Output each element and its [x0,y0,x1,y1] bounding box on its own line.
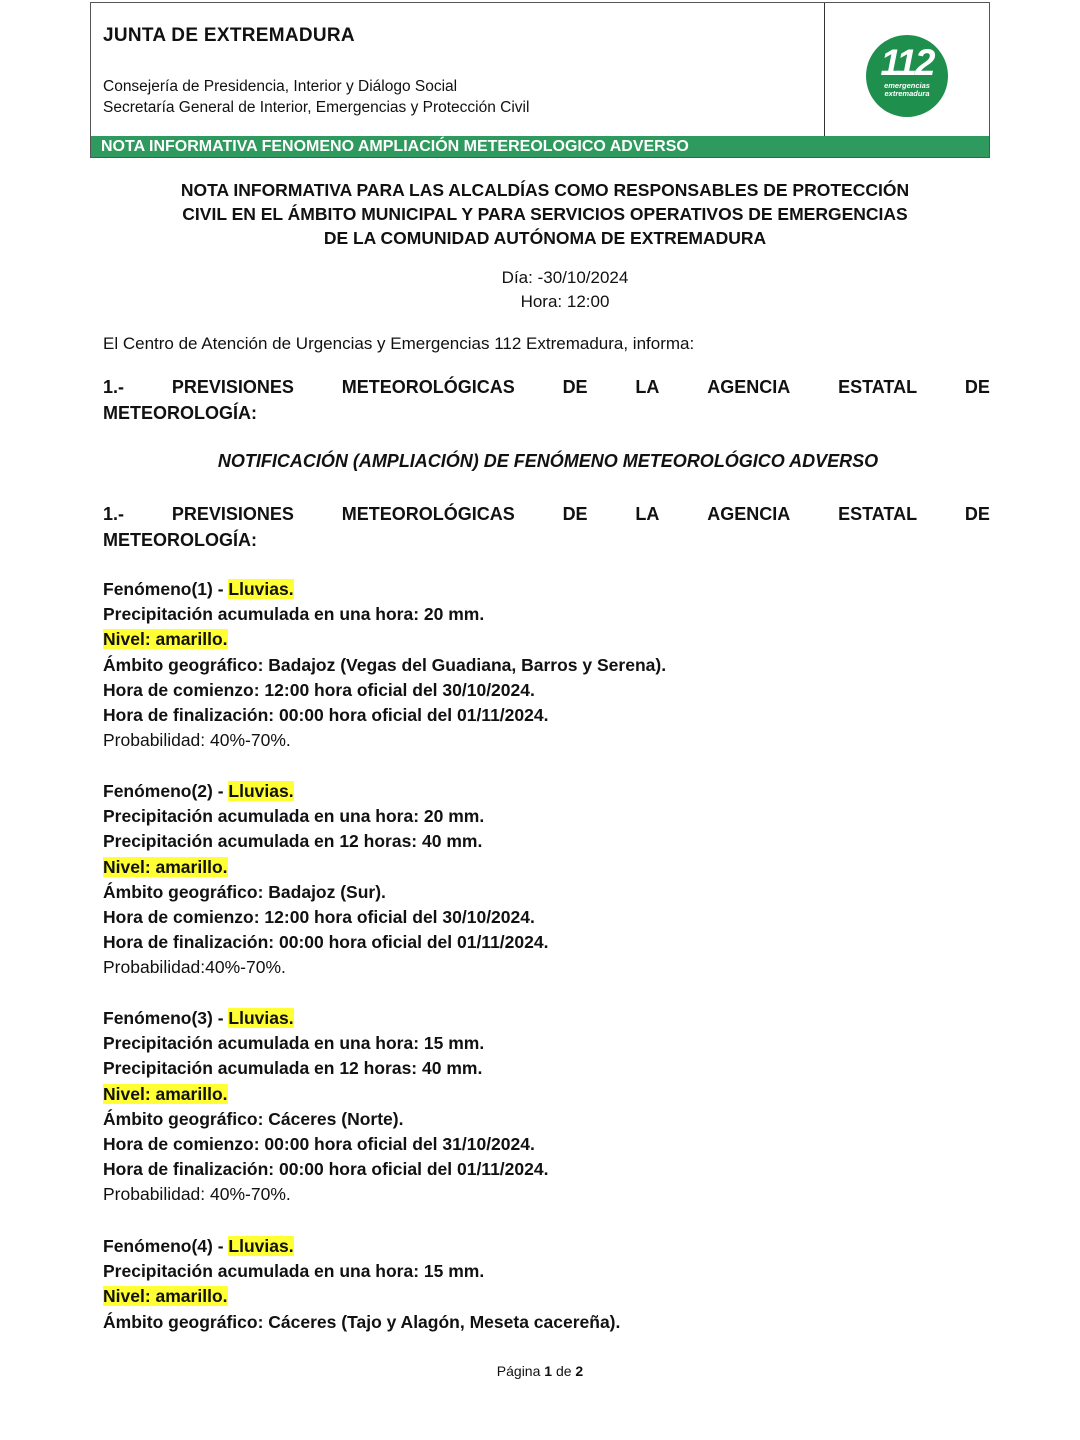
section-heading-2: 1.-PREVISIONESMETEOROLÓGICASDELAAGENCIAE… [103,501,990,553]
heading-word: ESTATAL [838,501,917,527]
detail-line: Hora de comienzo: 12:00 hora oficial del… [103,678,666,703]
detail-line: Hora de comienzo: 12:00 hora oficial del… [103,905,548,930]
precipitation-line: Precipitación acumulada en una hora: 15 … [103,1031,548,1056]
detail-line: Ámbito geográfico: Cáceres (Tajo y Alagó… [103,1310,620,1335]
phenomenon-type: Lluvias. [228,579,293,599]
detail-line: Ámbito geográfico: Cáceres (Norte). [103,1107,548,1132]
phenomenon-title: Fenómeno(2) - Lluvias. [103,779,548,804]
heading-word: LA [635,374,659,400]
organization-name: JUNTA DE EXTREMADURA [103,25,355,47]
phenomenon-label: Fenómeno(1) - [103,579,228,599]
section-heading-line-2: METEOROLOGÍA: [103,527,990,553]
alert-level: Nivel: amarillo. [103,855,548,880]
section-heading-line-1: 1.-PREVISIONESMETEOROLÓGICASDELAAGENCIAE… [103,501,990,527]
alert-level: Nivel: amarillo. [103,627,666,652]
precipitation-line: Precipitación acumulada en 12 horas: 40 … [103,829,548,854]
header-text-block: JUNTA DE EXTREMADURA Consejería de Presi… [91,3,825,136]
date-hour: Hora: 12:00 [50,290,1080,314]
heading-word: 1.- [103,374,124,400]
section-heading-line-2: METEOROLOGÍA: [103,400,990,426]
title-line-3: DE LA COMUNIDAD AUTÓNOMA DE EXTREMADURA [100,226,990,250]
probability-line: Probabilidad: 40%-70%. [103,728,666,753]
phenomenon-title: Fenómeno(1) - Lluvias. [103,577,666,602]
alert-level: Nivel: amarillo. [103,1284,620,1309]
heading-word: LA [635,501,659,527]
phenomenon-block: Fenómeno(3) - Lluvias.Precipitación acum… [103,1006,548,1208]
alert-level-value: Nivel: amarillo. [103,629,228,649]
detail-line: Hora de finalización: 00:00 hora oficial… [103,1157,548,1182]
logo-line-2: extremadura [866,90,948,98]
detail-line: Hora de finalización: 00:00 hora oficial… [103,930,548,955]
phenomenon-block: Fenómeno(4) - Lluvias.Precipitación acum… [103,1234,620,1335]
detail-line: Hora de finalización: 00:00 hora oficial… [103,703,666,728]
department-names: Consejería de Presidencia, Interior y Di… [103,76,529,118]
phenomenon-block: Fenómeno(1) - Lluvias.Precipitación acum… [103,577,666,753]
heading-word: METEOROLÓGICAS [342,374,515,400]
heading-word: METEOROLÓGICAS [342,501,515,527]
date-block: Día: -30/10/2024 Hora: 12:00 [0,266,1080,314]
detail-line: Hora de comienzo: 00:00 hora oficial del… [103,1132,548,1157]
date-day: Día: -30/10/2024 [50,266,1080,290]
heading-word: AGENCIA [707,374,790,400]
phenomenon-type: Lluvias. [228,1008,293,1028]
footer-middle: de [552,1363,575,1379]
phenomenon-label: Fenómeno(3) - [103,1008,228,1028]
document-header: JUNTA DE EXTREMADURA Consejería de Presi… [90,2,990,158]
alert-level-value: Nivel: amarillo. [103,1286,228,1306]
title-line-2: CIVIL EN EL ÁMBITO MUNICIPAL Y PARA SERV… [100,202,990,226]
footer-prefix: Página [497,1363,544,1379]
section-heading-line-1: 1.-PREVISIONESMETEOROLÓGICASDELAAGENCIAE… [103,374,990,400]
phenomenon-type: Lluvias. [228,781,293,801]
detail-line: Ámbito geográfico: Badajoz (Sur). [103,880,548,905]
probability-line: Probabilidad:40%-70%. [103,955,548,980]
alert-level-value: Nivel: amarillo. [103,1084,228,1104]
notification-heading: NOTIFICACIÓN (AMPLIACIÓN) DE FENÓMENO ME… [0,451,1080,472]
section-heading-1: 1.-PREVISIONESMETEOROLÓGICASDELAAGENCIAE… [103,374,990,426]
logo-number: 112 [866,44,948,82]
precipitation-line: Precipitación acumulada en una hora: 20 … [103,804,548,829]
heading-word: DE [563,501,588,527]
header-banner: NOTA INFORMATIVA FENOMENO AMPLIACIÓN MET… [91,136,989,157]
probability-line: Probabilidad: 40%-70%. [103,1182,548,1207]
phenomenon-label: Fenómeno(2) - [103,781,228,801]
detail-line: Ámbito geográfico: Badajoz (Vegas del Gu… [103,653,666,678]
heading-word: PREVISIONES [172,501,294,527]
precipitation-line: Precipitación acumulada en una hora: 20 … [103,602,666,627]
phenomenon-block: Fenómeno(2) - Lluvias.Precipitación acum… [103,779,548,981]
department-line-2: Secretaría General de Interior, Emergenc… [103,97,529,118]
title-line-1: NOTA INFORMATIVA PARA LAS ALCALDÍAS COMO… [100,178,990,202]
heading-word: DE [965,501,990,527]
heading-word: DE [965,374,990,400]
precipitation-line: Precipitación acumulada en 12 horas: 40 … [103,1056,548,1081]
emergency-112-logo: 112 emergencias extremadura [866,35,948,117]
heading-word: DE [563,374,588,400]
precipitation-line: Precipitación acumulada en una hora: 15 … [103,1259,620,1284]
department-line-1: Consejería de Presidencia, Interior y Di… [103,76,529,97]
heading-word: PREVISIONES [172,374,294,400]
phenomenon-type: Lluvias. [228,1236,293,1256]
heading-word: 1.- [103,501,124,527]
heading-word: AGENCIA [707,501,790,527]
intro-text: El Centro de Atención de Urgencias y Eme… [103,334,694,354]
alert-level-value: Nivel: amarillo. [103,857,228,877]
phenomenon-title: Fenómeno(4) - Lluvias. [103,1234,620,1259]
footer-total-pages: 2 [575,1363,583,1379]
footer-current-page: 1 [544,1363,552,1379]
alert-level: Nivel: amarillo. [103,1082,548,1107]
heading-word: ESTATAL [838,374,917,400]
page-footer: Página 1 de 2 [0,1363,1080,1379]
phenomenon-label: Fenómeno(4) - [103,1236,228,1256]
document-title: NOTA INFORMATIVA PARA LAS ALCALDÍAS COMO… [100,178,990,250]
phenomenon-title: Fenómeno(3) - Lluvias. [103,1006,548,1031]
